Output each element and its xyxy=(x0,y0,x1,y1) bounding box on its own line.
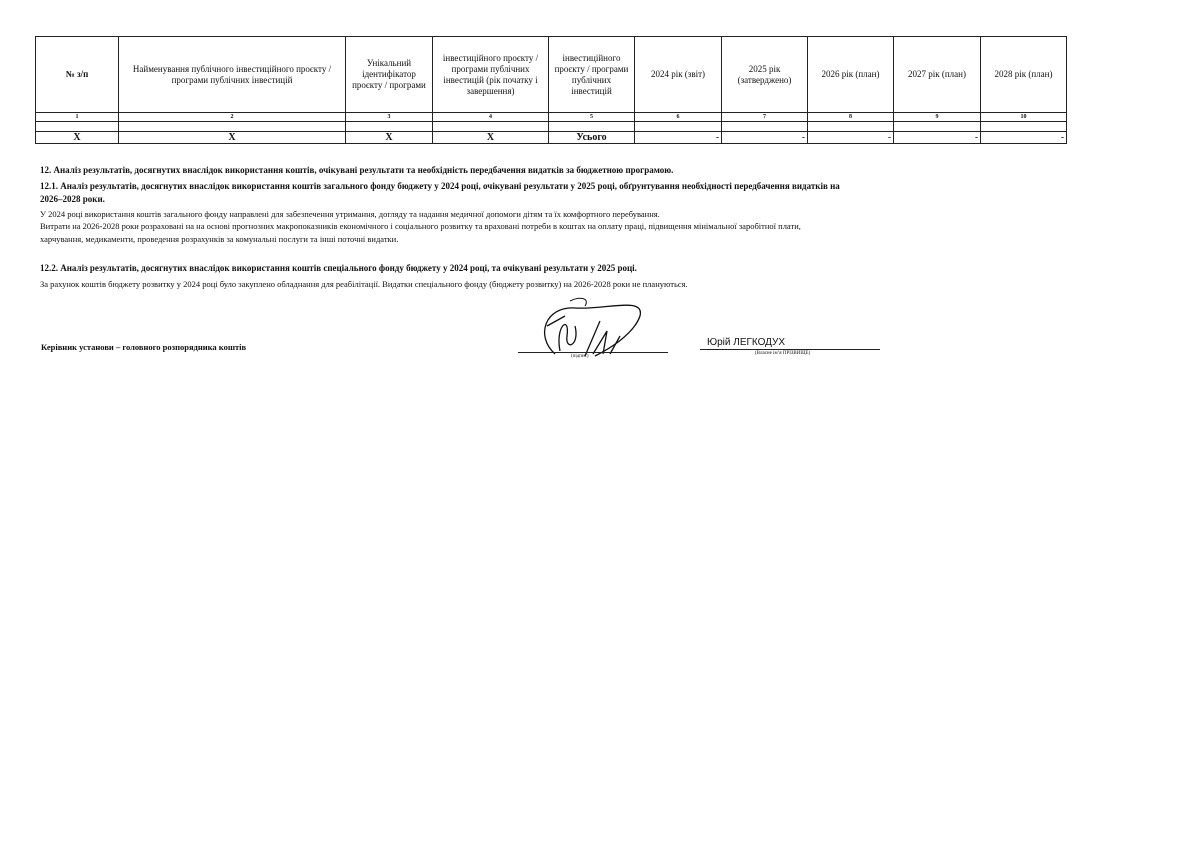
total-2027: - xyxy=(894,132,981,144)
section-12-1-title-line2: 2026–2028 роки. xyxy=(40,193,105,205)
name-caption: (Власне ім’я ПРІЗВИЩЕ) xyxy=(755,351,810,356)
investment-projects-table: № з/п Найменування публічного інвестицій… xyxy=(35,36,1067,144)
total-2026: - xyxy=(808,132,894,144)
total-row: X X X X Усього - - - - - xyxy=(36,132,1067,144)
col-num: 1 xyxy=(36,113,119,122)
col-num: 4 xyxy=(433,113,549,122)
header-2028: 2028 рік (план) xyxy=(981,37,1067,113)
signature-caption: (підпис) xyxy=(571,354,589,359)
header-2024: 2024 рік (звіт) xyxy=(635,37,722,113)
col-num: 5 xyxy=(549,113,635,122)
total-2028: - xyxy=(981,132,1067,144)
section-12-1-title-line1: 12.1. Аналіз результатів, досягнутих вна… xyxy=(40,180,840,192)
signatory-role: Керівник установи – головного розпорядни… xyxy=(41,342,246,352)
col-num: 10 xyxy=(981,113,1067,122)
section-12-1-text-line2: Витрати на 2026-2028 роки розраховані на… xyxy=(40,220,801,232)
total-cell: X xyxy=(36,132,119,144)
total-cell: X xyxy=(433,132,549,144)
table-header-row: № з/п Найменування публічного інвестицій… xyxy=(36,37,1067,113)
signatory-name: Юрій ЛЕГКОДУХ xyxy=(707,337,785,348)
section-12-1-text-line3: харчування, медикаменти, проведення розр… xyxy=(40,233,398,245)
col-num: 6 xyxy=(635,113,722,122)
total-cell: X xyxy=(119,132,346,144)
header-period: інвестиційного проєкту / програми публіч… xyxy=(433,37,549,113)
header-number: № з/п xyxy=(36,37,119,113)
total-cell: X xyxy=(346,132,433,144)
section-12-2-text: За рахунок коштів бюджету розвитку у 202… xyxy=(40,278,688,290)
header-2027: 2027 рік (план) xyxy=(894,37,981,113)
signature-scribble-icon xyxy=(525,296,655,366)
col-num: 3 xyxy=(346,113,433,122)
section-12-title: 12. Аналіз результатів, досягнутих внасл… xyxy=(40,164,673,176)
total-2024: - xyxy=(635,132,722,144)
col-num: 7 xyxy=(722,113,808,122)
total-2025: - xyxy=(722,132,808,144)
header-2025: 2025 рік (затверджено) xyxy=(722,37,808,113)
section-12-2-title: 12.2. Аналіз результатів, досягнутих вна… xyxy=(40,262,637,274)
column-numbers-row: 1 2 3 4 5 6 7 8 9 10 xyxy=(36,113,1067,122)
header-2026: 2026 рік (план) xyxy=(808,37,894,113)
col-num: 2 xyxy=(119,113,346,122)
header-cost: інвестиційного проєкту / програми публіч… xyxy=(549,37,635,113)
name-line xyxy=(700,349,880,350)
signature-line xyxy=(518,352,668,353)
header-unique-id: Унікальний ідентифікатор проєкту / прогр… xyxy=(346,37,433,113)
section-12-1-text-line1: У 2024 році використання коштів загально… xyxy=(40,208,660,220)
col-num: 8 xyxy=(808,113,894,122)
empty-row xyxy=(36,122,1067,132)
col-num: 9 xyxy=(894,113,981,122)
total-label: Усього xyxy=(549,132,635,144)
header-project-name: Найменування публічного інвестиційного п… xyxy=(119,37,346,113)
